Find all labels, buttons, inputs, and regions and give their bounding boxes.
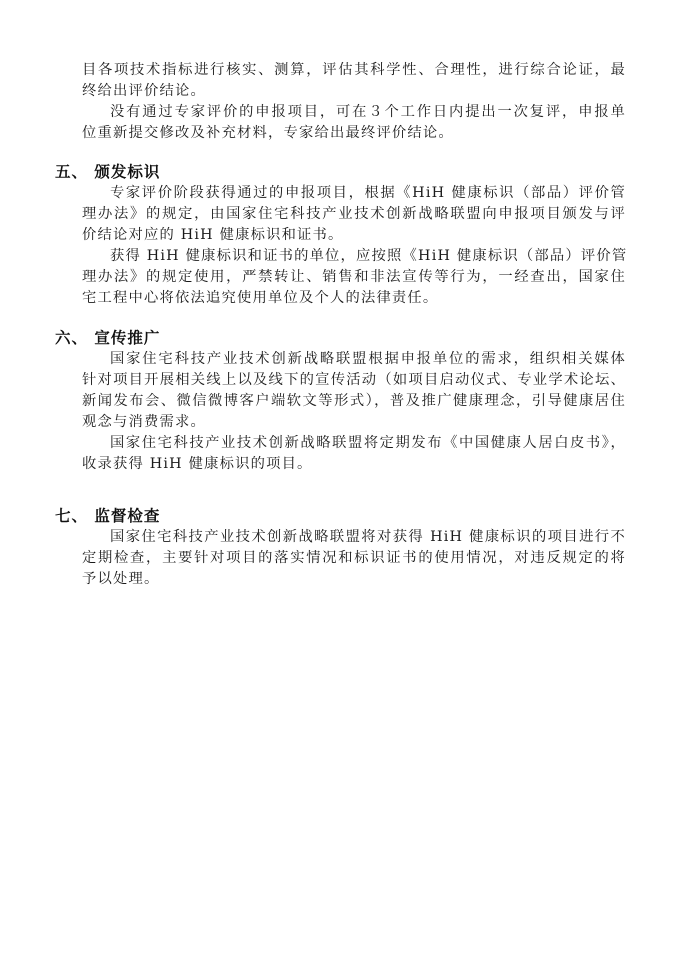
body-line: 收录获得 HiH 健康标识的项目。 xyxy=(82,454,626,475)
body-line: 终给出评价结论。 xyxy=(82,81,626,102)
body-line: 专家评价阶段获得通过的申报项目，根据《HiH 健康标识（部品）评价管 xyxy=(110,183,626,204)
body-line: 没有通过专家评价的申报项目，可在３个工作日内提出一次复评，申报单 xyxy=(110,102,626,123)
body-line: 针对项目开展相关线上以及线下的宣传活动（如项目启动仪式、专业学术论坛、 xyxy=(82,370,626,391)
body-line: 定期检查，主要针对项目的落实情况和标识证书的使用情况，对违反规定的将 xyxy=(82,548,626,569)
section-heading-7: 七、 监督检查 xyxy=(55,505,160,527)
body-line: 理办法》的规定，由国家住宅科技产业技术创新战略联盟向申报项目颁发与评 xyxy=(82,204,626,225)
body-line: 目各项技术指标进行核实、测算，评估其科学性、合理性，进行综合论证，最 xyxy=(82,60,626,81)
body-line: 新闻发布会、微信微博客户端软文等形式），普及推广健康理念，引导健康居住 xyxy=(82,391,626,412)
body-line: 位重新提交修改及补充材料，专家给出最终评价结论。 xyxy=(82,123,626,144)
body-line: 理办法》的规定使用，严禁转让、销售和非法宣传等行为，一经查出，国家住 xyxy=(82,267,626,288)
body-line: 国家住宅科技产业技术创新战略联盟将定期发布《中国健康人居白皮书》， xyxy=(110,433,626,454)
section-heading-5: 五、 颁发标识 xyxy=(55,161,160,183)
body-line: 国家住宅科技产业技术创新战略联盟根据申报单位的需求，组织相关媒体 xyxy=(110,349,626,370)
body-line: 获得 HiH 健康标识和证书的单位，应按照《HiH 健康标识（部品）评价管 xyxy=(110,246,626,267)
document-page: 目各项技术指标进行核实、测算，评估其科学性、合理性，进行综合论证，最 终给出评价… xyxy=(0,0,680,961)
body-line: 观念与消费需求。 xyxy=(82,412,626,433)
body-line: 予以处理。 xyxy=(82,569,626,590)
section-heading-6: 六、 宣传推广 xyxy=(55,327,160,349)
body-line: 价结论对应的 HiH 健康标识和证书。 xyxy=(82,225,626,246)
body-line: 宅工程中心将依法追究使用单位及个人的法律责任。 xyxy=(82,288,626,309)
body-line: 国家住宅科技产业技术创新战略联盟将对获得 HiH 健康标识的项目进行不 xyxy=(110,527,626,548)
